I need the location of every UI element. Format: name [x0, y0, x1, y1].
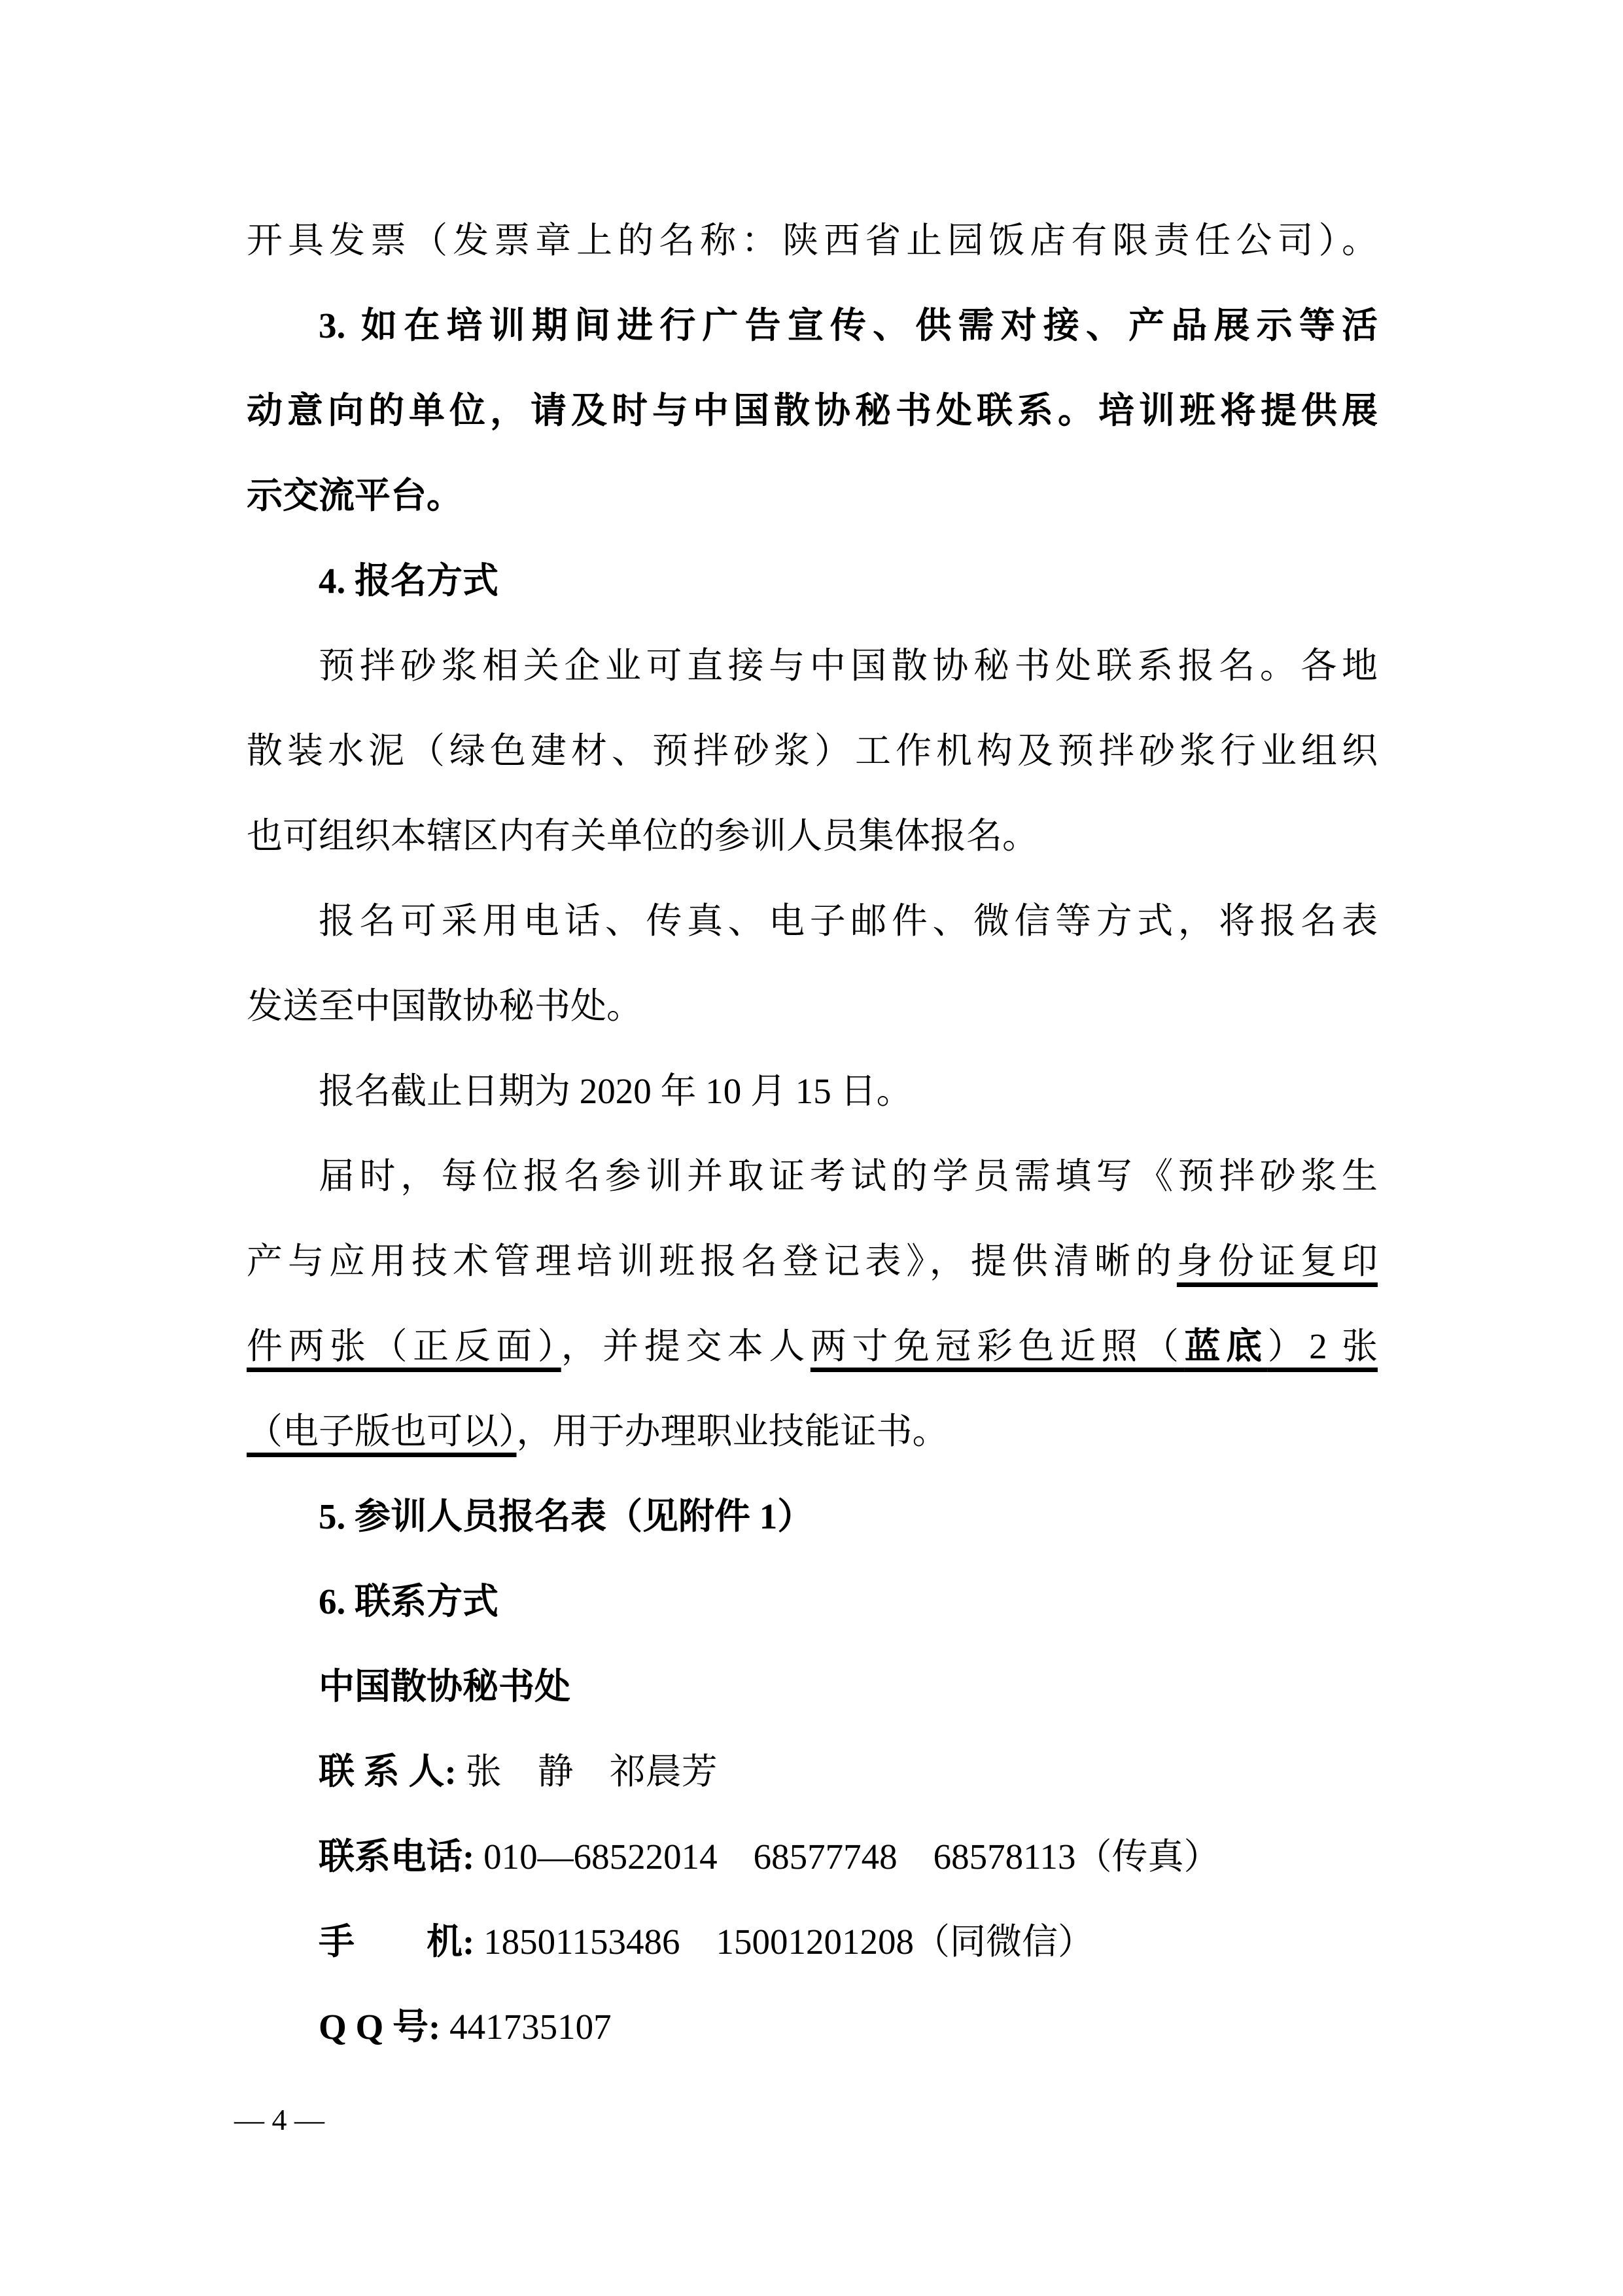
text-segment: 4. 报名方式	[319, 561, 498, 601]
text-segment: 5. 参训人员报名表（见附件 1）	[319, 1496, 813, 1536]
text-line: 4. 报名方式	[247, 539, 1378, 624]
text-segment: 届时，每位报名参训并取证考试的学员需填写《预拌砂浆生	[319, 1156, 1378, 1196]
text-line: 动意向的单位，请及时与中国散协秘书处联系。培训班将提供展	[247, 368, 1378, 453]
text-segment: ，用于办理职业技能证书。	[517, 1411, 949, 1451]
text-segment: 发送至中国散协秘书处。	[247, 986, 642, 1026]
text-line: Q Q 号: 441735107	[247, 1985, 1378, 2070]
underlined-text: 两寸免冠彩色近照（	[811, 1326, 1185, 1366]
document-page: 开具发票（发票章上的名称：陕西省止园饭店有限责任公司）。3. 如在培训期间进行广…	[0, 0, 1623, 2296]
text-line: 中国散协秘书处	[247, 1644, 1378, 1729]
text-line: 预拌砂浆相关企业可直接与中国散协秘书处联系报名。各地	[247, 624, 1378, 709]
text-line: 5. 参训人员报名表（见附件 1）	[247, 1474, 1378, 1559]
text-line: 报名可采用电话、传真、电子邮件、微信等方式，将报名表	[247, 879, 1378, 964]
text-line: 散装水泥（绿色建材、预拌砂浆）工作机构及预拌砂浆行业组织	[247, 709, 1378, 794]
text-line: 报名截止日期为 2020 年 10 月 15 日。	[247, 1049, 1378, 1134]
text-segment: 也可组织本辖区内有关单位的参训人员集体报名。	[247, 816, 1038, 856]
text-line: （电子版也可以），用于办理职业技能证书。	[247, 1389, 1378, 1474]
underlined-text: 件两张（正反面）	[247, 1326, 561, 1366]
text-segment: 张 静 祁晨芳	[466, 1752, 718, 1792]
underlined-text: （电子版也可以）	[247, 1411, 517, 1451]
text-segment: 预拌砂浆相关企业可直接与中国散协秘书处联系报名。各地	[319, 646, 1378, 686]
text-segment: 6. 联系方式	[319, 1581, 498, 1621]
text-segment: 开具发票（发票章上的名称：陕西省止园饭店有限责任公司）。	[247, 221, 1378, 260]
page-number: — 4 —	[234, 2103, 324, 2136]
underlined-text: ）2 张	[1268, 1326, 1378, 1366]
text-line: 3. 如在培训期间进行广告宣传、供需对接、产品展示等活	[247, 283, 1378, 368]
text-line: 也可组织本辖区内有关单位的参训人员集体报名。	[247, 794, 1378, 879]
text-line: 开具发票（发票章上的名称：陕西省止园饭店有限责任公司）。	[247, 198, 1378, 283]
text-segment: 3. 如在培训期间进行广告宣传、供需对接、产品展示等活	[319, 306, 1378, 345]
text-line: 联系电话: 010—68522014 68577748 68578113（传真）	[247, 1814, 1378, 1899]
text-segment: 产与应用技术管理培训班报名登记表》，提供清晰的	[247, 1241, 1177, 1281]
text-segment: ，并提交本人	[561, 1326, 811, 1366]
page-footer: — 4 —	[234, 2100, 324, 2140]
text-segment: 441735107	[449, 2007, 612, 2047]
text-segment: 18501153486 15001201208（同微信）	[483, 1922, 1094, 1962]
text-line: 6. 联系方式	[247, 1559, 1378, 1644]
text-segment: 手 机:	[319, 1922, 483, 1962]
text-segment: 散装水泥（绿色建材、预拌砂浆）工作机构及预拌砂浆行业组织	[247, 731, 1378, 771]
text-segment: 报名截止日期为 2020 年 10 月 15 日。	[319, 1071, 913, 1111]
text-segment: 示交流平台。	[247, 476, 462, 516]
text-line: 联 系 人: 张 静 祁晨芳	[247, 1729, 1378, 1814]
underlined-text: 身份证复印	[1177, 1241, 1378, 1281]
document-body: 开具发票（发票章上的名称：陕西省止园饭店有限责任公司）。3. 如在培训期间进行广…	[247, 198, 1378, 2070]
text-segment: 联系电话:	[319, 1837, 483, 1877]
text-line: 手 机: 18501153486 15001201208（同微信）	[247, 1899, 1378, 1985]
text-segment: 报名可采用电话、传真、电子邮件、微信等方式，将报名表	[319, 901, 1378, 941]
text-line: 件两张（正反面），并提交本人两寸免冠彩色近照（蓝底）2 张	[247, 1304, 1378, 1389]
text-segment: 010—68522014 68577748 68578113（传真）	[483, 1837, 1219, 1877]
text-line: 产与应用技术管理培训班报名登记表》，提供清晰的身份证复印	[247, 1219, 1378, 1304]
text-line: 示交流平台。	[247, 453, 1378, 539]
text-segment: 联 系 人:	[319, 1752, 466, 1792]
text-segment: 动意向的单位，请及时与中国散协秘书处联系。培训班将提供展	[247, 391, 1378, 431]
text-segment: 中国散协秘书处	[319, 1667, 570, 1706]
text-segment: Q Q 号:	[319, 2007, 449, 2047]
text-line: 发送至中国散协秘书处。	[247, 964, 1378, 1049]
text-line: 届时，每位报名参训并取证考试的学员需填写《预拌砂浆生	[247, 1134, 1378, 1219]
underlined-text: 蓝底	[1185, 1326, 1268, 1366]
